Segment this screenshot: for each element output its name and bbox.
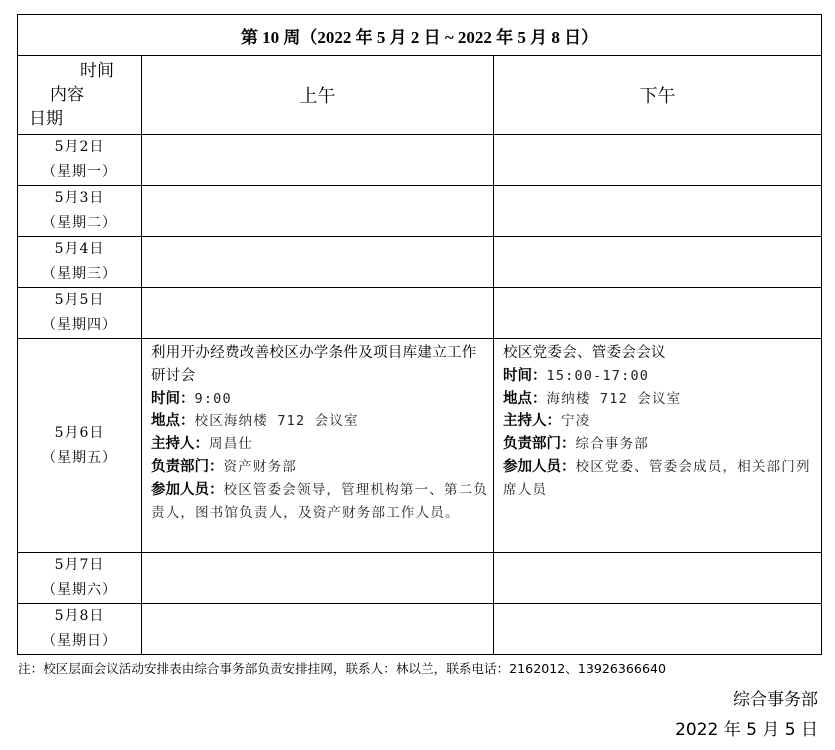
morning-cell: [142, 237, 494, 288]
date-label: 5月7日: [18, 553, 141, 578]
afternoon-cell: [494, 604, 822, 655]
date-label: 5月2日: [18, 135, 141, 160]
weekday-label: （星期三）: [18, 262, 141, 287]
header-morning: 上午: [142, 56, 494, 135]
event-place: 地点：校区海纳楼 712 会议室: [151, 410, 489, 433]
morning-cell: [142, 288, 494, 339]
event-attendees: 参加人员：校区党委、管委会成员，相关部门列席人员: [503, 456, 817, 502]
morning-cell: [142, 186, 494, 237]
event-title: 校区党委会、管委会会议: [503, 342, 817, 365]
afternoon-cell: [494, 237, 822, 288]
header-corner-cell: 时间 内容 日期: [18, 56, 142, 135]
afternoon-cell: [494, 135, 822, 186]
title-row: 第 10 周（2022 年 5 月 2 日 ~ 2022 年 5 月 8 日）: [18, 15, 822, 56]
date-cell: 5月3日 （星期二）: [18, 186, 142, 237]
weekly-schedule-table: 第 10 周（2022 年 5 月 2 日 ~ 2022 年 5 月 8 日） …: [17, 14, 822, 655]
signature-date: 2022 年 5 月 5 日: [675, 715, 818, 740]
signature-department: 综合事务部: [733, 685, 818, 710]
date-cell: 5月4日 （星期三）: [18, 237, 142, 288]
table-title: 第 10 周（2022 年 5 月 2 日 ~ 2022 年 5 月 8 日）: [18, 15, 822, 56]
afternoon-cell: [494, 553, 822, 604]
date-cell: 5月8日 （星期日）: [18, 604, 142, 655]
weekday-label: （星期六）: [18, 578, 141, 603]
table-row: 5月6日 （星期五） 利用开办经费改善校区办学条件及项目库建立工作研讨会 时间：…: [18, 339, 822, 553]
footer-note: 注：校区层面会议活动安排表由综合事务部负责安排挂网，联系人：林以兰，联系电话：2…: [18, 658, 666, 677]
header-content-label: 内容: [50, 83, 84, 107]
table-row: 5月2日 （星期一）: [18, 135, 822, 186]
weekday-label: （星期日）: [18, 629, 141, 654]
table-row: 5月3日 （星期二）: [18, 186, 822, 237]
afternoon-event: 校区党委会、管委会会议 时间：15:00-17:00 地点：海纳楼 712 会议…: [494, 339, 822, 553]
header-time-label: 时间: [80, 59, 114, 83]
afternoon-cell: [494, 186, 822, 237]
header-row: 时间 内容 日期 上午 下午: [18, 56, 822, 135]
morning-cell: [142, 135, 494, 186]
weekday-label: （星期四）: [18, 313, 141, 338]
date-cell: 5月6日 （星期五）: [18, 339, 142, 553]
event-department: 负责部门：资产财务部: [151, 456, 489, 479]
event-department: 负责部门：综合事务部: [503, 433, 817, 456]
weekday-label: （星期一）: [18, 160, 141, 185]
weekday-label: （星期五）: [18, 446, 141, 471]
table-row: 5月4日 （星期三）: [18, 237, 822, 288]
event-time: 时间：15:00-17:00: [503, 365, 817, 388]
event-title: 利用开办经费改善校区办学条件及项目库建立工作研讨会: [151, 342, 489, 388]
morning-cell: [142, 553, 494, 604]
date-label: 5月8日: [18, 604, 141, 629]
date-label: 5月4日: [18, 237, 141, 262]
date-cell: 5月2日 （星期一）: [18, 135, 142, 186]
event-place: 地点：海纳楼 712 会议室: [503, 388, 817, 411]
table-row: 5月5日 （星期四）: [18, 288, 822, 339]
event-time: 时间：9:00: [151, 388, 489, 411]
date-label: 5月6日: [18, 421, 141, 446]
header-date-label: 日期: [29, 107, 63, 131]
morning-cell: [142, 604, 494, 655]
date-cell: 5月7日 （星期六）: [18, 553, 142, 604]
header-afternoon: 下午: [494, 56, 822, 135]
event-host: 主持人：宁凌: [503, 410, 817, 433]
table-row: 5月7日 （星期六）: [18, 553, 822, 604]
date-label: 5月5日: [18, 288, 141, 313]
event-host: 主持人：周昌仕: [151, 433, 489, 456]
date-label: 5月3日: [18, 186, 141, 211]
table-row: 5月8日 （星期日）: [18, 604, 822, 655]
morning-event: 利用开办经费改善校区办学条件及项目库建立工作研讨会 时间：9:00 地点：校区海…: [142, 339, 494, 553]
weekday-label: （星期二）: [18, 211, 141, 236]
date-cell: 5月5日 （星期四）: [18, 288, 142, 339]
afternoon-cell: [494, 288, 822, 339]
event-attendees: 参加人员：校区管委会领导，管理机构第一、第二负责人，图书馆负责人，及资产财务部工…: [151, 479, 489, 525]
